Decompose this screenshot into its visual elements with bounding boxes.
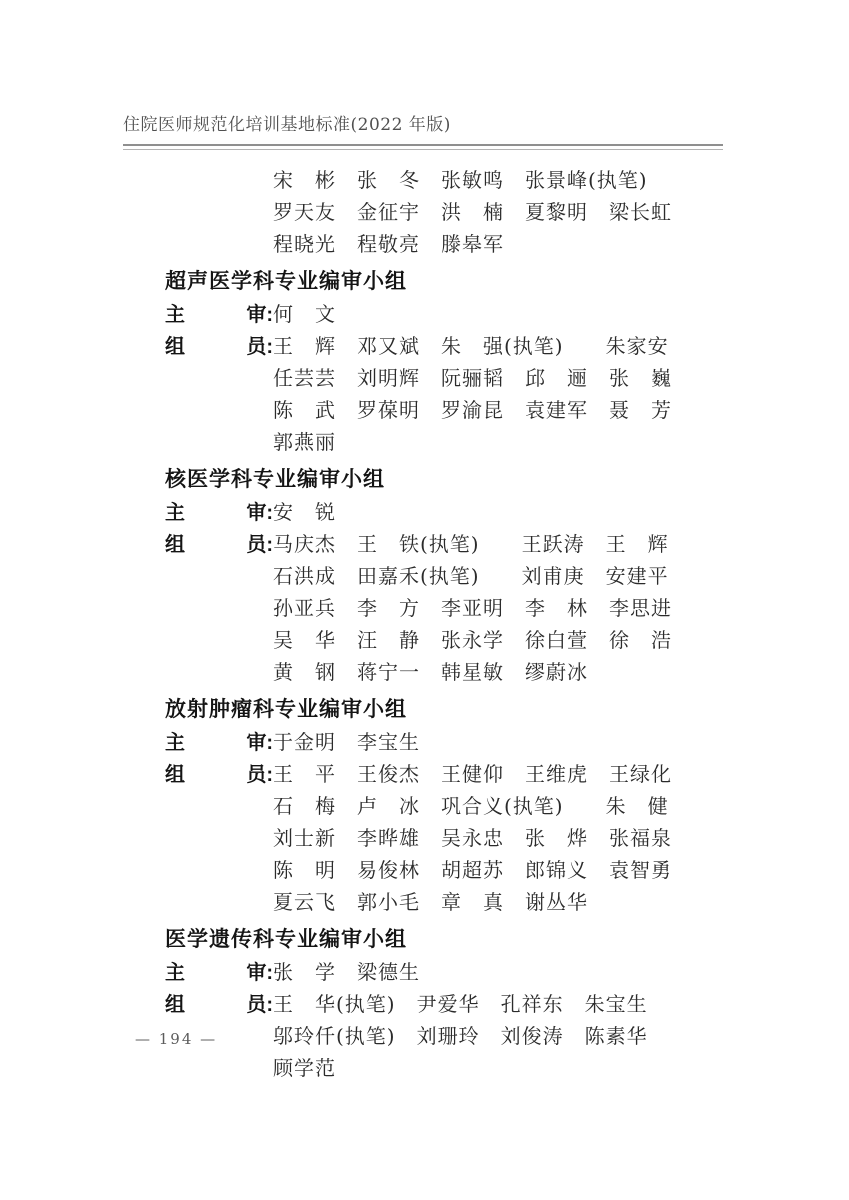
section-title: 超声医学科专业编审小组 xyxy=(165,266,727,298)
label-char-second: 员: xyxy=(246,331,273,363)
group-members-label: 组员: xyxy=(165,989,273,1021)
names-text: 夏云飞 郭小毛 章 真 谢丛华 xyxy=(273,886,588,918)
label-char-second: 员: xyxy=(246,529,273,561)
member-continuation-row: 石洪成 田嘉禾(执笔) 刘甫庚 安建平 xyxy=(165,560,727,592)
names-text: 张 学 梁德生 xyxy=(273,956,420,988)
label-char-first: 组 xyxy=(165,529,185,561)
names-text: 于金明 李宝生 xyxy=(273,726,420,758)
names-text: 刘士新 李晔雄 吴永忠 张 烨 张福泉 xyxy=(273,822,672,854)
chief-reviewer-row: 主审:于金明 李宝生 xyxy=(165,726,727,758)
names-text: 马庆杰 王 铁(执笔) 王跃涛 王 辉 xyxy=(273,528,669,560)
label-char-second: 审: xyxy=(246,497,273,529)
member-continuation-row: 黄 钢 蒋宁一 韩星敏 缪蔚冰 xyxy=(165,656,727,688)
names-text: 王 辉 邓又斌 朱 强(执笔) 朱家安 xyxy=(273,330,669,362)
chief-reviewer-label: 主审: xyxy=(165,957,273,989)
chief-reviewer-label: 主审: xyxy=(165,727,273,759)
member-continuation-row: 陈 武 罗葆明 罗渝昆 袁建军 聂 芳 xyxy=(165,394,727,426)
label-char-second: 员: xyxy=(246,759,273,791)
sections-root: 超声医学科专业编审小组主审:何 文组员:王 辉 邓又斌 朱 强(执笔) 朱家安 … xyxy=(123,266,727,1084)
label-char-second: 审: xyxy=(246,957,273,989)
names-text: 郭燕丽 xyxy=(273,426,336,458)
intro-names-row: 宋 彬 张 冬 张敏鸣 张景峰(执笔) xyxy=(273,164,727,196)
section-title: 放射肿瘤科专业编审小组 xyxy=(165,694,727,726)
label-char-second: 审: xyxy=(246,727,273,759)
chief-reviewer-row: 主审:安 锐 xyxy=(165,496,727,528)
names-text: 陈 武 罗葆明 罗渝昆 袁建军 聂 芳 xyxy=(273,394,672,426)
member-continuation-row: 孙亚兵 李 方 李亚明 李 林 李思进 xyxy=(165,592,727,624)
editorial-group-section: 超声医学科专业编审小组主审:何 文组员:王 辉 邓又斌 朱 强(执笔) 朱家安 … xyxy=(123,266,727,458)
label-char-first: 组 xyxy=(165,759,185,791)
chief-reviewer-row: 主审:何 文 xyxy=(165,298,727,330)
member-continuation-row: 石 梅 卢 冰 巩合义(执笔) 朱 健 xyxy=(165,790,727,822)
names-text: 何 文 xyxy=(273,298,336,330)
member-continuation-row: 夏云飞 郭小毛 章 真 谢丛华 xyxy=(165,886,727,918)
names-text: 安 锐 xyxy=(273,496,336,528)
group-members-row: 组员:王 辉 邓又斌 朱 强(执笔) 朱家安 xyxy=(165,330,727,362)
continued-name-list: 宋 彬 张 冬 张敏鸣 张景峰(执笔)罗天友 金征宇 洪 楠 夏黎明 梁长虹程晓… xyxy=(273,164,727,260)
group-members-label: 组员: xyxy=(165,331,273,363)
label-char-first: 主 xyxy=(165,497,185,529)
chief-reviewer-label: 主审: xyxy=(165,299,273,331)
intro-names-row: 罗天友 金征宇 洪 楠 夏黎明 梁长虹 xyxy=(273,196,727,228)
section-title: 核医学科专业编审小组 xyxy=(165,464,727,496)
editorial-group-section: 核医学科专业编审小组主审:安 锐组员:马庆杰 王 铁(执笔) 王跃涛 王 辉 石… xyxy=(123,464,727,688)
names-text: 孙亚兵 李 方 李亚明 李 林 李思进 xyxy=(273,592,672,624)
names-text: 邬玲仟(执笔) 刘珊玲 刘俊涛 陈素华 xyxy=(273,1020,648,1052)
names-text: 石 梅 卢 冰 巩合义(执笔) 朱 健 xyxy=(273,790,669,822)
group-members-row: 组员:王 华(执笔) 尹爱华 孔祥东 朱宝生 xyxy=(165,988,727,1020)
group-members-row: 组员:王 平 王俊杰 王健仰 王维虎 王绿化 xyxy=(165,758,727,790)
member-continuation-row: 顾学范 xyxy=(165,1052,727,1084)
names-text: 吴 华 汪 静 张永学 徐白萱 徐 浩 xyxy=(273,624,672,656)
member-continuation-row: 吴 华 汪 静 张永学 徐白萱 徐 浩 xyxy=(165,624,727,656)
names-text: 顾学范 xyxy=(273,1052,336,1084)
label-char-first: 组 xyxy=(165,331,185,363)
intro-names-row: 程晓光 程敬亮 滕皋军 xyxy=(273,228,727,260)
member-continuation-row: 郭燕丽 xyxy=(165,426,727,458)
page-content: 住院医师规范化培训基地标准(2022 年版) 宋 彬 张 冬 张敏鸣 张景峰(执… xyxy=(123,112,727,1084)
group-members-label: 组员: xyxy=(165,529,273,561)
label-char-first: 组 xyxy=(165,989,185,1021)
names-text: 任芸芸 刘明辉 阮骊韬 邱 逦 张 巍 xyxy=(273,362,672,394)
group-members-row: 组员:马庆杰 王 铁(执笔) 王跃涛 王 辉 xyxy=(165,528,727,560)
label-char-second: 员: xyxy=(246,989,273,1021)
member-continuation-row: 邬玲仟(执笔) 刘珊玲 刘俊涛 陈素华 xyxy=(165,1020,727,1052)
names-text: 石洪成 田嘉禾(执笔) 刘甫庚 安建平 xyxy=(273,560,669,592)
chief-reviewer-row: 主审:张 学 梁德生 xyxy=(165,956,727,988)
label-char-first: 主 xyxy=(165,957,185,989)
names-text: 黄 钢 蒋宁一 韩星敏 缪蔚冰 xyxy=(273,656,588,688)
label-char-first: 主 xyxy=(165,727,185,759)
names-text: 王 平 王俊杰 王健仰 王维虎 王绿化 xyxy=(273,758,672,790)
editorial-group-section: 放射肿瘤科专业编审小组主审:于金明 李宝生组员:王 平 王俊杰 王健仰 王维虎 … xyxy=(123,694,727,918)
group-members-label: 组员: xyxy=(165,759,273,791)
member-continuation-row: 刘士新 李晔雄 吴永忠 张 烨 张福泉 xyxy=(165,822,727,854)
document-page: 住院医师规范化培训基地标准(2022 年版) 宋 彬 张 冬 张敏鸣 张景峰(执… xyxy=(0,0,849,1200)
member-continuation-row: 陈 明 易俊林 胡超苏 郎锦义 袁智勇 xyxy=(165,854,727,886)
running-header: 住院医师规范化培训基地标准(2022 年版) xyxy=(123,112,727,138)
section-title: 医学遗传科专业编审小组 xyxy=(165,924,727,956)
label-char-first: 主 xyxy=(165,299,185,331)
chief-reviewer-label: 主审: xyxy=(165,497,273,529)
member-continuation-row: 任芸芸 刘明辉 阮骊韬 邱 逦 张 巍 xyxy=(165,362,727,394)
names-text: 陈 明 易俊林 胡超苏 郎锦义 袁智勇 xyxy=(273,854,672,886)
header-divider xyxy=(123,144,723,150)
names-text: 王 华(执笔) 尹爱华 孔祥东 朱宝生 xyxy=(273,988,648,1020)
page-number: — 194 — xyxy=(135,1030,217,1048)
editorial-group-section: 医学遗传科专业编审小组主审:张 学 梁德生组员:王 华(执笔) 尹爱华 孔祥东 … xyxy=(123,924,727,1084)
label-char-second: 审: xyxy=(246,299,273,331)
